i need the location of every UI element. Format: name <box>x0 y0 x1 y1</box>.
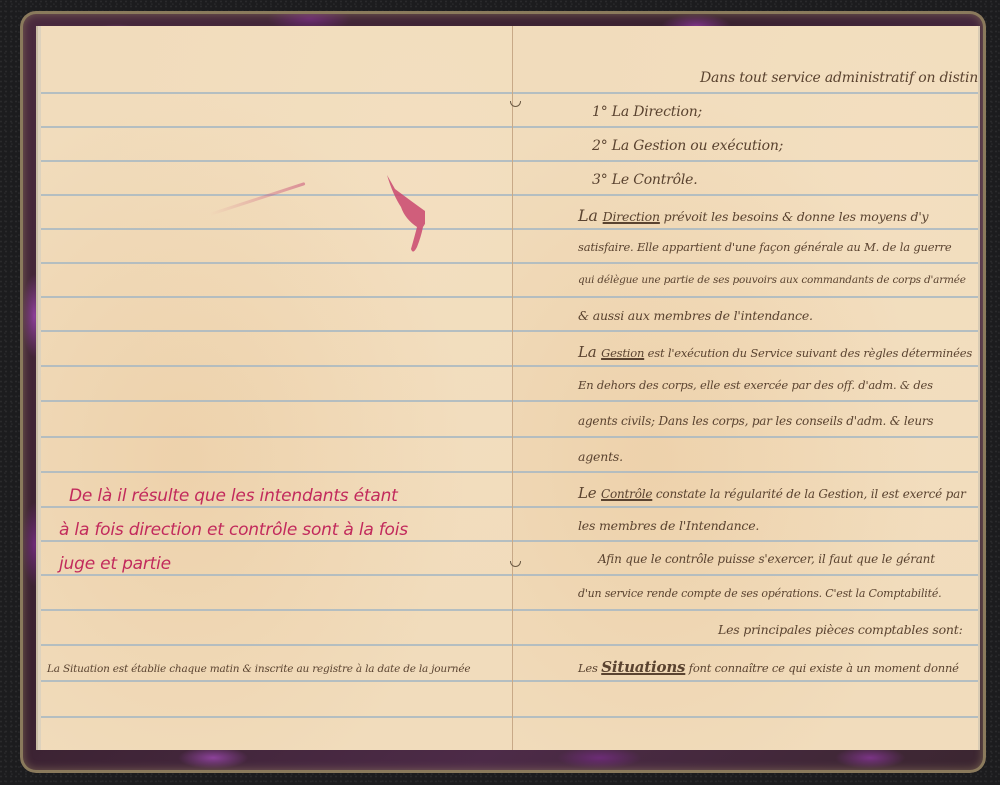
direction-term: Direction <box>603 209 660 224</box>
situations-prefix: Les <box>578 661 598 675</box>
gestion-paragraph-line-3: agents civils; Dans les corps, par les c… <box>578 414 933 428</box>
pieces-heading: Les principales pièces comptables sont: <box>718 622 963 637</box>
controle-text-1: constate la régularité de la Gestion, il… <box>656 487 966 501</box>
direction-text-1: prévoit les besoins & donne les moyens d… <box>664 209 929 224</box>
gestion-paragraph-line-4: agents. <box>578 449 623 464</box>
direction-paragraph-line-1: La Direction prévoit les besoins & donne… <box>578 206 928 225</box>
list-item-controle: 3° Le Contrôle. <box>592 172 698 188</box>
controle-article: Le <box>578 484 601 502</box>
red-annotation-line-3: juge et partie <box>59 554 171 574</box>
gestion-text-1: est l'exécution du Service suivant des r… <box>648 346 972 360</box>
left-page: De là il résulte que les intendants étan… <box>38 26 515 750</box>
gestion-term: Gestion <box>601 346 644 360</box>
right-page: Dans tout service administratif on disti… <box>512 26 980 750</box>
list-item-gestion: 2° La Gestion ou exécution; <box>592 138 783 154</box>
direction-paragraph-line-3: qui délègue une partie de ses pouvoirs a… <box>578 274 966 286</box>
controle-paragraph-line-1: Le Contrôle constate la régularité de la… <box>578 484 966 502</box>
situations-line: Les Situations font connaître ce qui exi… <box>578 658 959 676</box>
gestion-article: La <box>578 343 601 361</box>
controle-paragraph-line-2: les membres de l'Intendance. <box>578 518 759 533</box>
comptabilite-paragraph-line-1: Afin que le contrôle puisse s'exercer, i… <box>598 552 935 566</box>
situation-note-line: La Situation est établie chaque matin & … <box>47 663 470 675</box>
red-annotation-line-1: De là il résulte que les intendants étan… <box>69 486 398 506</box>
situations-rest: font connaître ce qui existe à un moment… <box>689 661 959 675</box>
heading-line: Dans tout service administratif on disti… <box>700 70 980 86</box>
list-item-direction: 1° La Direction; <box>592 104 702 120</box>
comptabilite-paragraph-line-2: d'un service rende compte de ses opérati… <box>578 587 941 600</box>
gestion-paragraph-line-2: En dehors des corps, elle est exercée pa… <box>578 378 933 392</box>
gestion-paragraph-line-1: La Gestion est l'exécution du Service su… <box>578 343 972 361</box>
direction-article: La <box>578 206 603 225</box>
situations-term: Situations <box>601 658 685 676</box>
spine-gutter <box>512 26 513 750</box>
direction-paragraph-line-4: & aussi aux membres de l'intendance. <box>578 308 813 323</box>
red-annotation-line-2: à la fois direction et contrôle sont à l… <box>59 520 408 540</box>
pink-ink-blot <box>385 175 425 255</box>
direction-paragraph-line-2: satisfaire. Elle appartient d'une façon … <box>578 240 952 254</box>
controle-term: Contrôle <box>601 487 652 501</box>
